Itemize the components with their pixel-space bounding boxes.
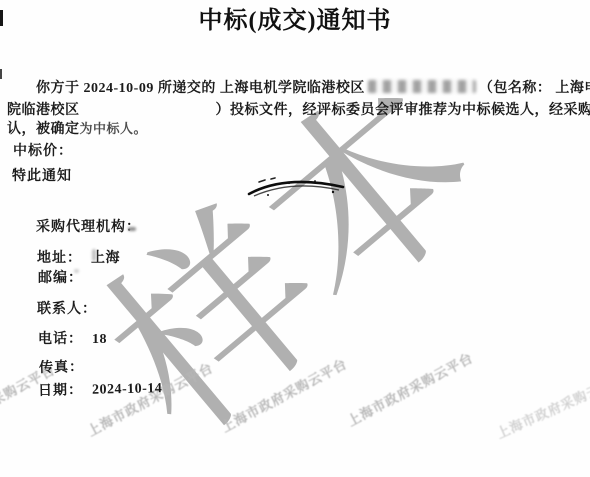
date-field: 日期：2024-10-14 <box>38 377 163 400</box>
redaction-mark <box>92 249 96 261</box>
scan-artifact <box>0 10 3 26</box>
fax-field: 传真： <box>39 356 84 377</box>
body-line-2-text: 院临港校区 <box>7 103 80 118</box>
agency-label: 采购代理机构： <box>36 220 141 235</box>
body-line-3-faded: 为中标人。 <box>80 121 148 136</box>
address-label: 地址： <box>37 251 82 266</box>
notice-statement: 特此通知 <box>12 165 72 185</box>
redaction-mark <box>74 269 79 273</box>
agency-field: 采购代理机构： <box>36 216 141 236</box>
platform-watermark: 上海市政府采购云平台 <box>344 347 477 430</box>
contact-label: 联系人： <box>37 302 97 317</box>
phone-value: 18 <box>92 332 107 347</box>
phone-label: 电话： <box>38 332 83 347</box>
scan-artifact <box>0 69 2 79</box>
body-line-1-cont: （包名称： 上海电机学 <box>479 81 590 96</box>
body-line-1: 你方于 2024-10-09 所递交的 上海电机学院临港校区（包名称： 上海电机… <box>36 77 590 97</box>
body-line-2-cont: ）投标文件，经评标委员会评审推荐为中标候选人，经采购人确 <box>216 103 590 118</box>
body-line-3-text: 认，被确定 <box>7 122 80 137</box>
fax-label: 传真： <box>39 360 84 376</box>
signature-scribble <box>245 172 350 202</box>
redaction-mark <box>128 227 136 231</box>
body-line-1-text: 你方于 2024-10-09 所递交的 上海电机学院临港校区 <box>36 81 365 96</box>
body-line-3: 认，被确定为中标人。 <box>7 118 147 138</box>
winning-price-label: 中标价： <box>13 140 73 160</box>
page-title: 中标(成交)通知书 <box>0 0 590 35</box>
contact-field: 联系人： <box>37 298 97 318</box>
redaction-blur <box>368 80 476 93</box>
date-label: 日期： <box>38 383 83 399</box>
scanned-document-page: 样本 上海市政府采购云平台 上海市政府采购云平台 上海市政府采购云平台 上海市政… <box>0 0 590 477</box>
date-value: 2024-10-14 <box>92 381 163 398</box>
address-field: 地址：上海 <box>37 247 120 267</box>
platform-watermark: 上海市政府采购云平台 <box>493 368 590 442</box>
postcode-label: 邮编： <box>38 271 83 286</box>
phone-field: 电话：18 <box>38 328 107 348</box>
body-line-2: 院临港校区）投标文件，经评标委员会评审推荐为中标候选人，经采购人确 <box>7 99 590 119</box>
